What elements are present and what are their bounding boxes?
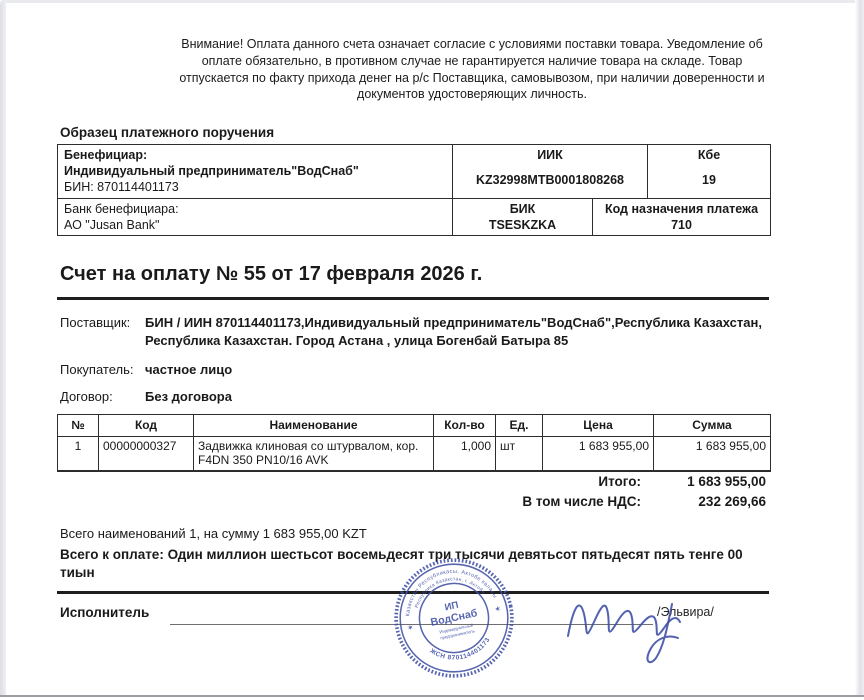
payment-code-value: 710 xyxy=(671,217,692,233)
item-price: 1 683 955,00 xyxy=(542,437,653,470)
iik-value: KZ32998MTB0001808268 xyxy=(476,172,624,188)
total-row: Итого: 1 683 955,00 xyxy=(57,474,766,489)
executor-label: Исполнитель xyxy=(60,605,149,620)
total-value: 1 683 955,00 xyxy=(641,474,766,489)
bik-cell: БИК TSESKZKA xyxy=(452,199,592,235)
vat-label: В том числе НДС: xyxy=(522,494,641,509)
buyer-label: Покупатель: xyxy=(60,361,133,379)
beneficiary-label: Бенефициар: xyxy=(64,147,446,163)
vat-row: В том числе НДС: 232 269,66 xyxy=(57,494,766,509)
header-name: Наименование xyxy=(193,415,433,436)
company-stamp-icon: Казакстан Республикасы, Актобе каласы Ре… xyxy=(376,540,533,697)
warning-text: Внимание! Оплата данного счета означает … xyxy=(168,36,776,103)
beneficiary-name: Индивидуальный предприниматель"ВодСнаб" xyxy=(64,163,446,179)
table-row: 1 00000000327 Задвижка клиновая со штурв… xyxy=(58,437,770,470)
signature-scribble-icon xyxy=(560,584,705,669)
page-edge-right xyxy=(855,0,864,696)
beneficiary-cell: Бенефициар: Индивидуальный предпринимате… xyxy=(58,145,452,198)
item-unit: шт xyxy=(495,437,542,470)
beneficiary-table: Бенефициар: Индивидуальный предпринимате… xyxy=(57,144,771,236)
page-edge-left xyxy=(0,0,6,696)
supplier-row: Поставщик: БИН / ИИН 870114401173,Индиви… xyxy=(60,314,770,349)
divider-line-top xyxy=(57,297,769,300)
page-edge-bottom xyxy=(0,695,864,697)
stamp-star-right-icon: ✶ xyxy=(494,604,503,614)
items-table-header: № Код Наименование Кол-во Ед. Цена Сумма xyxy=(58,415,770,437)
payment-code-cell: Код назначения платежа 710 xyxy=(592,199,770,235)
beneficiary-row-2: Банк бенефициара: АО "Jusan Bank" БИК TS… xyxy=(58,198,770,235)
header-sum: Сумма xyxy=(653,415,770,436)
bank-name: АО "Jusan Bank" xyxy=(64,217,446,233)
page-edge-top xyxy=(0,0,855,3)
beneficiary-row-1: Бенефициар: Индивидуальный предпринимате… xyxy=(58,145,770,198)
contract-label: Договор: xyxy=(60,388,113,406)
bik-label: БИК xyxy=(510,201,536,217)
kbe-cell: Кбе 19 xyxy=(647,145,770,198)
total-label: Итого: xyxy=(598,474,641,489)
kbe-value: 19 xyxy=(702,172,716,188)
kbe-label: Кбе xyxy=(698,147,720,163)
payment-code-label: Код назначения платежа xyxy=(605,201,758,217)
invoice-page: Внимание! Оплата данного счета означает … xyxy=(0,0,864,700)
buyer-row: Покупатель: частное лицо xyxy=(60,361,770,379)
iik-cell: ИИК KZ32998MTB0001808268 xyxy=(452,145,647,198)
contract-value: Без договора xyxy=(145,388,770,406)
header-price: Цена xyxy=(542,415,653,436)
contract-row: Договор: Без договора xyxy=(60,388,770,406)
header-num: № xyxy=(58,415,98,436)
bik-value: TSESKZKA xyxy=(489,217,556,233)
item-code: 00000000327 xyxy=(98,437,193,470)
header-qty: Кол-во xyxy=(433,415,495,436)
stamp-star-left-icon: ✶ xyxy=(406,623,415,633)
item-name: Задвижка клиновая со штурвалом, кор. F4D… xyxy=(193,437,433,470)
items-table: № Код Наименование Кол-во Ед. Цена Сумма… xyxy=(57,414,771,472)
supplier-label: Поставщик: xyxy=(60,314,130,332)
bank-label: Банк бенефициара: xyxy=(64,201,446,217)
supplier-value: БИН / ИИН 870114401173,Индивидуальный пр… xyxy=(145,314,770,349)
vat-value: 232 269,66 xyxy=(641,494,766,509)
header-code: Код xyxy=(98,415,193,436)
item-num: 1 xyxy=(58,437,98,470)
header-unit: Ед. xyxy=(495,415,542,436)
item-sum: 1 683 955,00 xyxy=(653,437,770,470)
items-summary: Всего наименований 1, на сумму 1 683 955… xyxy=(60,526,367,541)
bank-cell: Банк бенефициара: АО "Jusan Bank" xyxy=(58,199,452,235)
invoice-title: Счет на оплату № 55 от 17 февраля 2026 г… xyxy=(60,263,482,286)
payment-order-heading: Образец платежного поручения xyxy=(60,125,274,140)
beneficiary-bin: БИН: 870114401173 xyxy=(64,179,446,195)
buyer-value: частное лицо xyxy=(145,361,770,379)
item-qty: 1,000 xyxy=(433,437,495,470)
iik-label: ИИК xyxy=(537,147,563,163)
